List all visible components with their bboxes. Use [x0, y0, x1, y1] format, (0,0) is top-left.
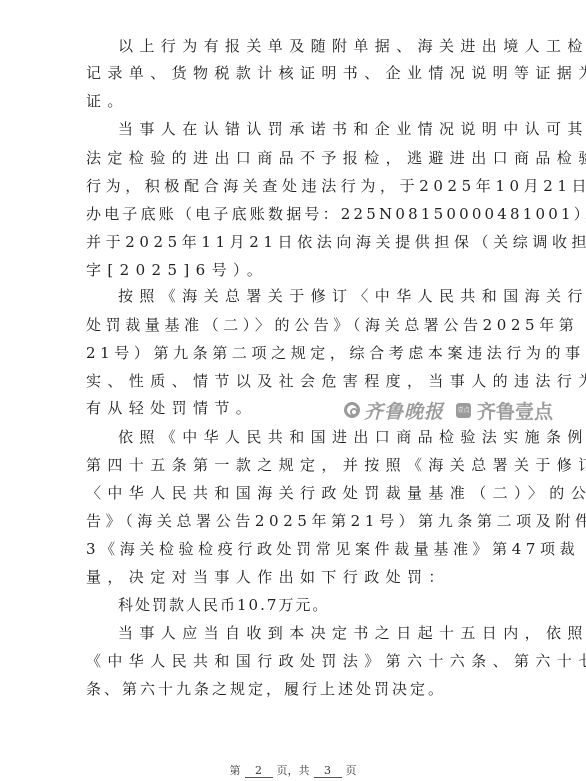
paragraph-line: 按照《海关总署关于修订〈中华人民共和国海关行政	[118, 285, 508, 307]
paragraph-line: 记录单、货物税款计核证明书、企业情况说明等证据为	[86, 62, 506, 84]
paragraph-line: 字[2025]6号）。	[86, 259, 506, 281]
total-pages-number: 3	[314, 764, 342, 778]
watermark-newspaper: 齐鲁晚报	[364, 397, 444, 424]
paragraph-line: 行为，积极配合海关查处违法行为，于2025年10月21日补	[86, 175, 506, 197]
current-page-number: 2	[245, 764, 273, 778]
paragraph-line: 〈中华人民共和国海关行政处罚裁量基准（二）〉的公	[86, 482, 506, 504]
paragraph-line: 量，决定对当事人作出如下行政处罚：	[86, 566, 506, 588]
paragraph-line: 条、第六十九条之规定，履行上述处罚决定。	[86, 678, 506, 700]
paragraph-line: 证。	[86, 90, 506, 112]
newspaper-logo-icon	[344, 402, 360, 418]
paragraph-line: 法定检验的进出口商品不予报检，逃避进出口商品检验的	[86, 147, 506, 169]
paragraph-line: 当事人在认错认罚承诺书和企业情况说明中认可其对	[118, 118, 508, 140]
penalty-line: 科处罚款人民币10.7万元。	[118, 594, 508, 616]
footer-prefix: 第	[230, 764, 241, 777]
paragraph-line: 办电子底账（电子底账数据号：225N08150000481001），	[86, 203, 506, 225]
paragraph-line: 告》（海关总署公告2025年第21号）第九条第二项及附件	[86, 510, 506, 532]
paragraph-line: 《中华人民共和国行政处罚法》第六十六条、第六十七	[86, 650, 506, 672]
watermark-app: 齐鲁壹点	[477, 397, 553, 424]
paragraph-line: 依照《中华人民共和国进出口商品检验法实施条例》	[118, 426, 508, 448]
page-footer: 第2页，共3页	[0, 762, 586, 778]
document-page: 以上行为有报关单及随附单据、海关进出境人工检查 记录单、货物税款计核证明书、企业…	[0, 0, 586, 781]
paragraph-line: 处罚裁量基准（二）〉的公告》（海关总署公告2025年第	[86, 314, 506, 336]
app-logo-icon: 壹点	[456, 403, 471, 418]
paragraph-line: 21号）第九条第二项之规定，综合考虑本案违法行为的事	[86, 342, 506, 364]
watermark: 齐鲁晚报 壹点 齐鲁壹点	[344, 397, 553, 423]
paragraph-line: 实、性质、情节以及社会危害程度，当事人的违法行为具	[86, 370, 506, 392]
paragraph-line: 3《海关检验检疫行政处罚常见案件裁量基准》第47项裁	[86, 538, 506, 560]
paragraph-line: 当事人应当自收到本决定书之日起十五日内，依照	[118, 622, 508, 644]
paragraph-line: 以上行为有报关单及随附单据、海关进出境人工检查	[118, 35, 508, 57]
paragraph-line: 第四十五条第一款之规定，并按照《海关总署关于修订	[86, 454, 506, 476]
footer-mid: 页，共	[277, 764, 310, 777]
paragraph-line: 并于2025年11月21日依法向海关提供担保（关综调收担保	[86, 231, 506, 253]
footer-suffix: 页	[346, 764, 357, 777]
